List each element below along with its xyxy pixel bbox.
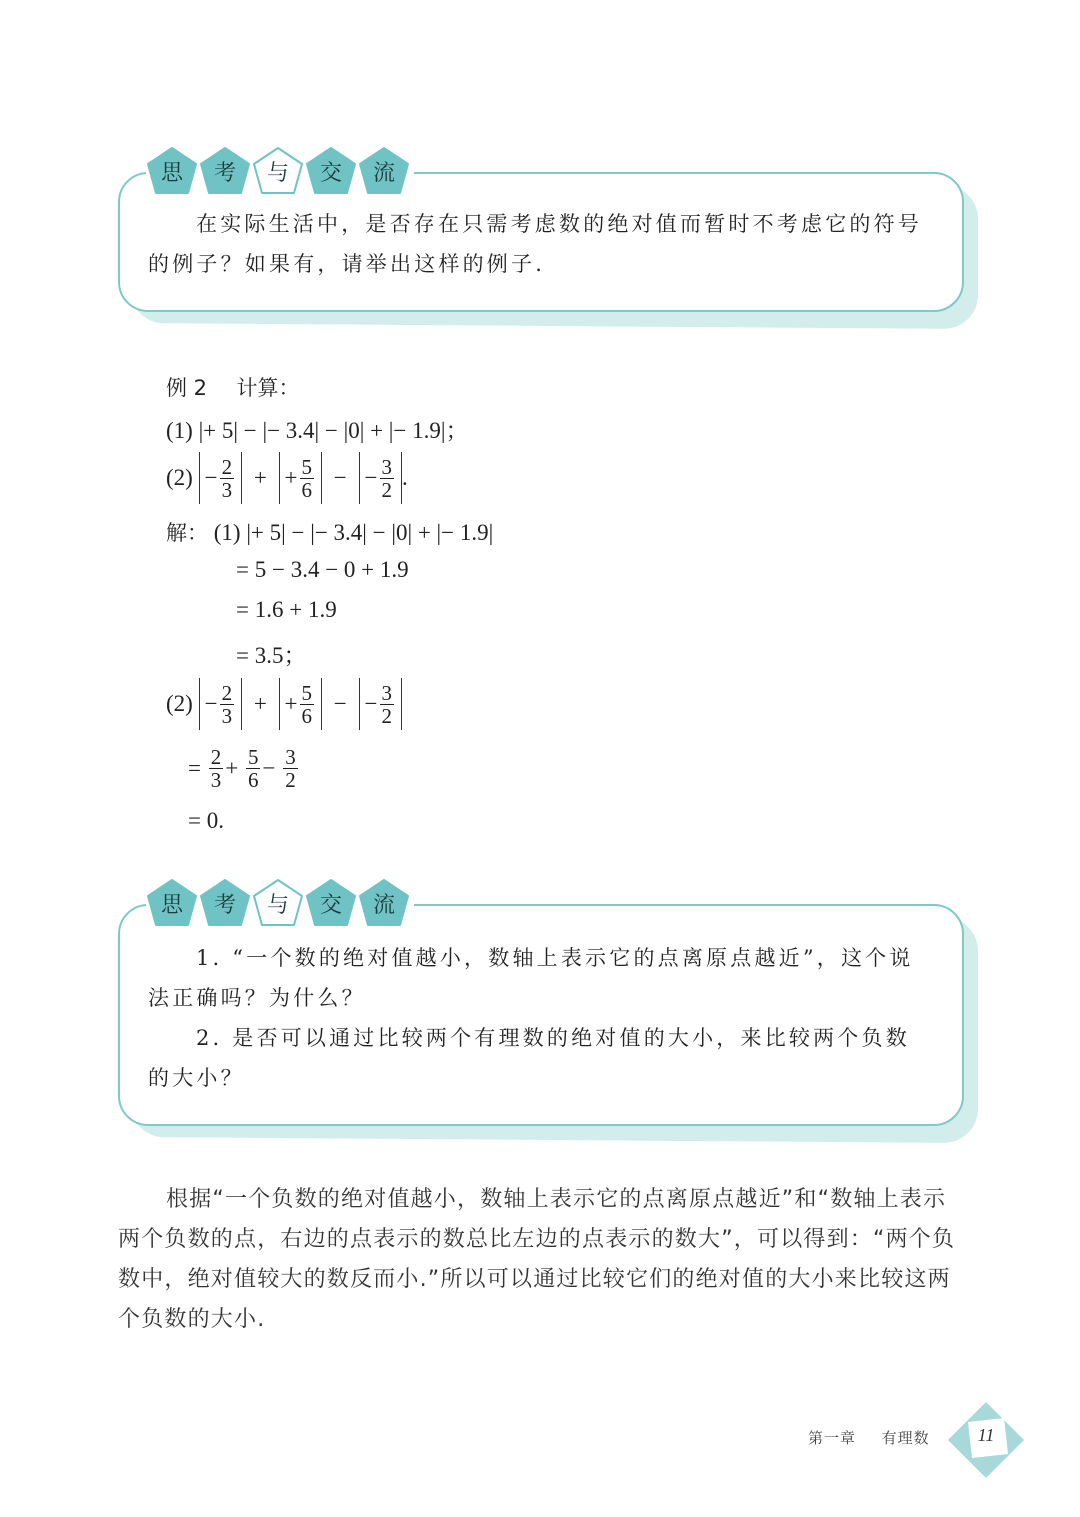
pentagon-badge-icon: 考 (199, 878, 251, 928)
abs-term: + 56 (279, 452, 322, 504)
fraction: 23 (220, 682, 235, 727)
fraction: 56 (300, 682, 315, 727)
badge-char: 交 (305, 156, 357, 187)
solution-step: = 5 − 3.4 − 0 + 1.9 (236, 557, 409, 583)
fraction: 23 (209, 746, 224, 791)
solution-label: 解： (166, 521, 208, 545)
chapter-number: 第一章 (808, 1429, 856, 1447)
page-number: 11 (946, 1425, 1026, 1446)
example-heading: 例 2 计算： (166, 372, 300, 402)
pentagon-badge-icon: 考 (199, 146, 251, 196)
solution-1-expression: (1) |+ 5| − |− 3.4| − |0| + |− 1.9| (214, 520, 493, 545)
solution-2-result: = 0. (188, 808, 224, 834)
badge-char: 流 (358, 888, 410, 919)
solution-step: = 3.5； (236, 637, 306, 670)
question-2: (2) − 23 + + 56 − − 32 . (166, 452, 408, 504)
solution-2-step: = 23+ 56− 32 (188, 746, 300, 791)
example-task: 计算： (237, 376, 300, 400)
question-1-label: (1) (166, 418, 193, 443)
pentagon-badge-icon: 流 (358, 146, 410, 196)
pentagon-badge-icon: 交 (305, 878, 357, 928)
badge-char: 思 (146, 888, 198, 919)
abs-term: − 32 (359, 678, 402, 730)
badge-char: 考 (199, 888, 251, 919)
badge-char: 流 (358, 156, 410, 187)
question-2-label: (2) (166, 465, 193, 490)
think-question: 在实际生活中，是否存在只需考虑数的绝对值而暂时不考虑它的符号的例子？如果有，请举… (148, 204, 934, 284)
pentagon-badge-icon: 思 (146, 146, 198, 196)
pentagon-badge-outline-icon: 与 (252, 878, 304, 928)
chapter-title: 有理数 (882, 1429, 930, 1447)
badge-char: 考 (199, 156, 251, 187)
pentagon-badge-icon: 流 (358, 878, 410, 928)
fraction: 56 (246, 746, 261, 791)
solution-step: = 1.6 + 1.9 (236, 597, 337, 623)
fraction: 32 (380, 682, 395, 727)
think-discuss-box-2: 思 考 与 交 流 1. “一个数的绝对值越小，数轴上表示它的点离原点越近”，这… (118, 904, 964, 1126)
question-1-expression: |+ 5| − |− 3.4| − |0| + |− 1.9|； (199, 418, 469, 443)
think-discuss-box-1: 思 考 与 交 流 在实际生活中，是否存在只需考虑数的绝对值而暂时不考虑它的符号… (118, 172, 964, 312)
solution-2-label: (2) (166, 691, 193, 716)
abs-term: − 23 (199, 678, 242, 730)
badge-char: 与 (252, 156, 304, 187)
pentagon-badge-icon: 思 (146, 878, 198, 928)
think-discuss-header: 思 考 与 交 流 (146, 878, 414, 928)
fraction: 32 (283, 746, 298, 791)
solution-2: (2) − 23 + + 56 − − 32 (166, 678, 402, 730)
badge-char: 交 (305, 888, 357, 919)
pentagon-badge-outline-icon: 与 (252, 146, 304, 196)
badge-char: 思 (146, 156, 198, 187)
think-discuss-header: 思 考 与 交 流 (146, 146, 414, 196)
abs-term: + 56 (279, 678, 322, 730)
think-question-1: 1. “一个数的绝对值越小，数轴上表示它的点离原点越近”，这个说法正确吗？为什么… (148, 938, 934, 1018)
fraction: 56 (300, 456, 315, 501)
think-question-2: 2. 是否可以通过比较两个有理数的绝对值的大小，来比较两个负数的大小？ (148, 1018, 934, 1098)
badge-char: 与 (252, 888, 304, 919)
body-paragraph: 根据“一个负数的绝对值越小，数轴上表示它的点离原点越近”和“数轴上表示两个负数的… (118, 1180, 968, 1340)
fraction: 23 (220, 456, 235, 501)
chapter-footer: 第一章 有理数 (808, 1427, 930, 1448)
abs-term: − 32 (359, 452, 402, 504)
solution-1: 解： (1) |+ 5| − |− 3.4| − |0| + |− 1.9| (166, 517, 493, 547)
pentagon-badge-icon: 交 (305, 146, 357, 196)
fraction: 32 (380, 456, 395, 501)
question-1: (1) |+ 5| − |− 3.4| − |0| + |− 1.9|； (166, 412, 469, 445)
abs-term: − 23 (199, 452, 242, 504)
example-label: 例 2 (166, 376, 207, 400)
